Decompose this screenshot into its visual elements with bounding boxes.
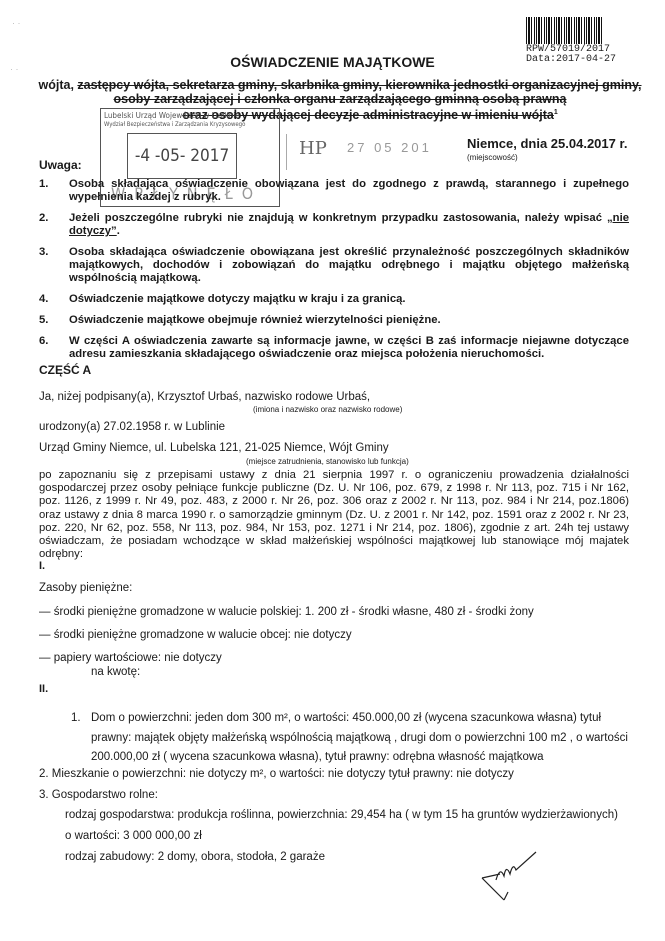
subtitle-struck-2: osoby zarządzającej i członka organu zar… bbox=[114, 92, 567, 106]
note-number: 5. bbox=[39, 314, 69, 327]
note-item: 6.W części A oświadczenia zawarte są inf… bbox=[39, 335, 629, 361]
note-item: 1.Osoba składająca oświadczenie obowiąza… bbox=[39, 178, 629, 204]
amount-label: na kwotę: bbox=[91, 665, 140, 679]
secondary-stamp: HP 27 05 201 bbox=[286, 134, 447, 170]
note-number: 2. bbox=[39, 212, 69, 238]
farm-item: 3. Gospodarstwo rolne: bbox=[39, 788, 158, 802]
note-text: Oświadczenie majątkowe dotyczy majątku w… bbox=[69, 293, 629, 306]
cash-foreign: — środki pieniężne gromadzone w walucie … bbox=[39, 628, 352, 642]
notes-heading: Uwaga: bbox=[39, 158, 82, 172]
house-line: prawny: majątek objęty małżeńską wspólno… bbox=[71, 729, 631, 749]
document-title: OŚWIADCZENIE MAJĄTKOWE bbox=[0, 54, 665, 70]
farm-value: o wartości: 3 000 000,00 zł bbox=[65, 829, 202, 843]
note-text: W części A oświadczenia zawarte są infor… bbox=[69, 335, 629, 361]
note-text-end: . bbox=[117, 225, 120, 237]
house-line: Dom o powierzchni: jeden dom 300 m², o w… bbox=[91, 709, 631, 729]
legal-paragraph: po zapoznaniu się z przepisami ustawy z … bbox=[39, 469, 629, 561]
note-text: Jeżeli poszczególne rubryki nie znajdują… bbox=[69, 212, 629, 238]
place-date: Niemce, dnia 25.04.2017 r. bbox=[467, 136, 627, 151]
note-item: 2.Jeżeli poszczególne rubryki nie znajdu… bbox=[39, 212, 629, 238]
cash-pln: — środki pieniężne gromadzone w walucie … bbox=[39, 605, 534, 619]
employment-caption: (miejsce zatrudnienia, stanowisko lub fu… bbox=[246, 457, 409, 466]
declarant-caption: (imiona i nazwisko oraz nazwisko rodowe) bbox=[253, 405, 402, 414]
employment-line: Urząd Gminy Niemce, ul. Lubelska 121, 21… bbox=[39, 441, 389, 455]
apartment-item: 2. Mieszkanie o powierzchni: nie dotyczy… bbox=[39, 767, 514, 781]
birth-line: urodzony(a) 27.02.1958 r. w Lublinie bbox=[39, 420, 225, 434]
house-line: 200.000,00 zł ( wycena szacunkowa własna… bbox=[71, 748, 631, 768]
farm-heading: Gospodarstwo rolne: bbox=[52, 789, 158, 801]
signature bbox=[478, 848, 548, 908]
subtitle-kept: wójta, bbox=[39, 78, 78, 92]
section-2-numeral: II. bbox=[39, 683, 48, 695]
scan-noise: · · bbox=[12, 18, 21, 28]
footnote-marker: 1 bbox=[554, 109, 558, 116]
barcode bbox=[526, 17, 602, 44]
farm-buildings: rodzaj zabudowy: 2 domy, obora, stodoła,… bbox=[65, 850, 325, 864]
stamp-initials: HP bbox=[299, 138, 327, 159]
stamp-office-name: Lubelski Urząd Wojewódzki w Lublinie bbox=[104, 111, 240, 120]
part-a-heading: CZĘŚĆ A bbox=[39, 363, 91, 377]
note-item: 4.Oświadczenie majątkowe dotyczy majątku… bbox=[39, 293, 629, 306]
place-caption: (miejscowość) bbox=[467, 153, 518, 162]
house-item: 1.Dom o powierzchni: jeden dom 300 m², o… bbox=[71, 709, 631, 768]
item-number: 2. bbox=[39, 768, 49, 780]
subtitle-struck-1: zastępcy wójta, sekretarza gminy, skarbn… bbox=[77, 78, 641, 92]
note-item: 3.Osoba składająca oświadczenie obowiąza… bbox=[39, 246, 629, 285]
declarant-line: Ja, niżej podpisany(a), Krzysztof Urbaś,… bbox=[39, 390, 370, 404]
note-number: 1. bbox=[39, 178, 69, 204]
item-number: 3. bbox=[39, 789, 49, 801]
farm-type: rodzaj gospodarstwa: produkcja roślinna,… bbox=[65, 808, 618, 822]
notes-list: 1.Osoba składająca oświadczenie obowiąza… bbox=[39, 178, 629, 369]
item-number: 1. bbox=[71, 709, 91, 729]
apartment-line: Mieszkanie o powierzchni: nie dotyczy m²… bbox=[52, 768, 514, 780]
section-1-numeral: I. bbox=[39, 560, 45, 572]
note-text: Osoba składająca oświadczenie obowiązana… bbox=[69, 246, 629, 285]
stamp-department: Wydział Bezpieczeństwa i Zarządzania Kry… bbox=[104, 121, 245, 128]
note-number: 4. bbox=[39, 293, 69, 306]
securities: — papiery wartościowe: nie dotyczy bbox=[39, 651, 222, 665]
note-number: 6. bbox=[39, 335, 69, 361]
note-number: 3. bbox=[39, 246, 69, 285]
stamp-date: -4 -05- 2017 bbox=[127, 133, 237, 179]
stamp-secondary-date: 27 05 201 bbox=[347, 140, 432, 155]
note-text: Osoba składająca oświadczenie obowiązana… bbox=[69, 178, 629, 204]
section-1-heading: Zasoby pieniężne: bbox=[39, 581, 132, 595]
note-item: 5.Oświadczenie majątkowe obejmuje równie… bbox=[39, 314, 629, 327]
note-text-part: Jeżeli poszczególne rubryki nie znajdują… bbox=[69, 212, 607, 224]
note-text: Oświadczenie majątkowe obejmuje również … bbox=[69, 314, 629, 327]
